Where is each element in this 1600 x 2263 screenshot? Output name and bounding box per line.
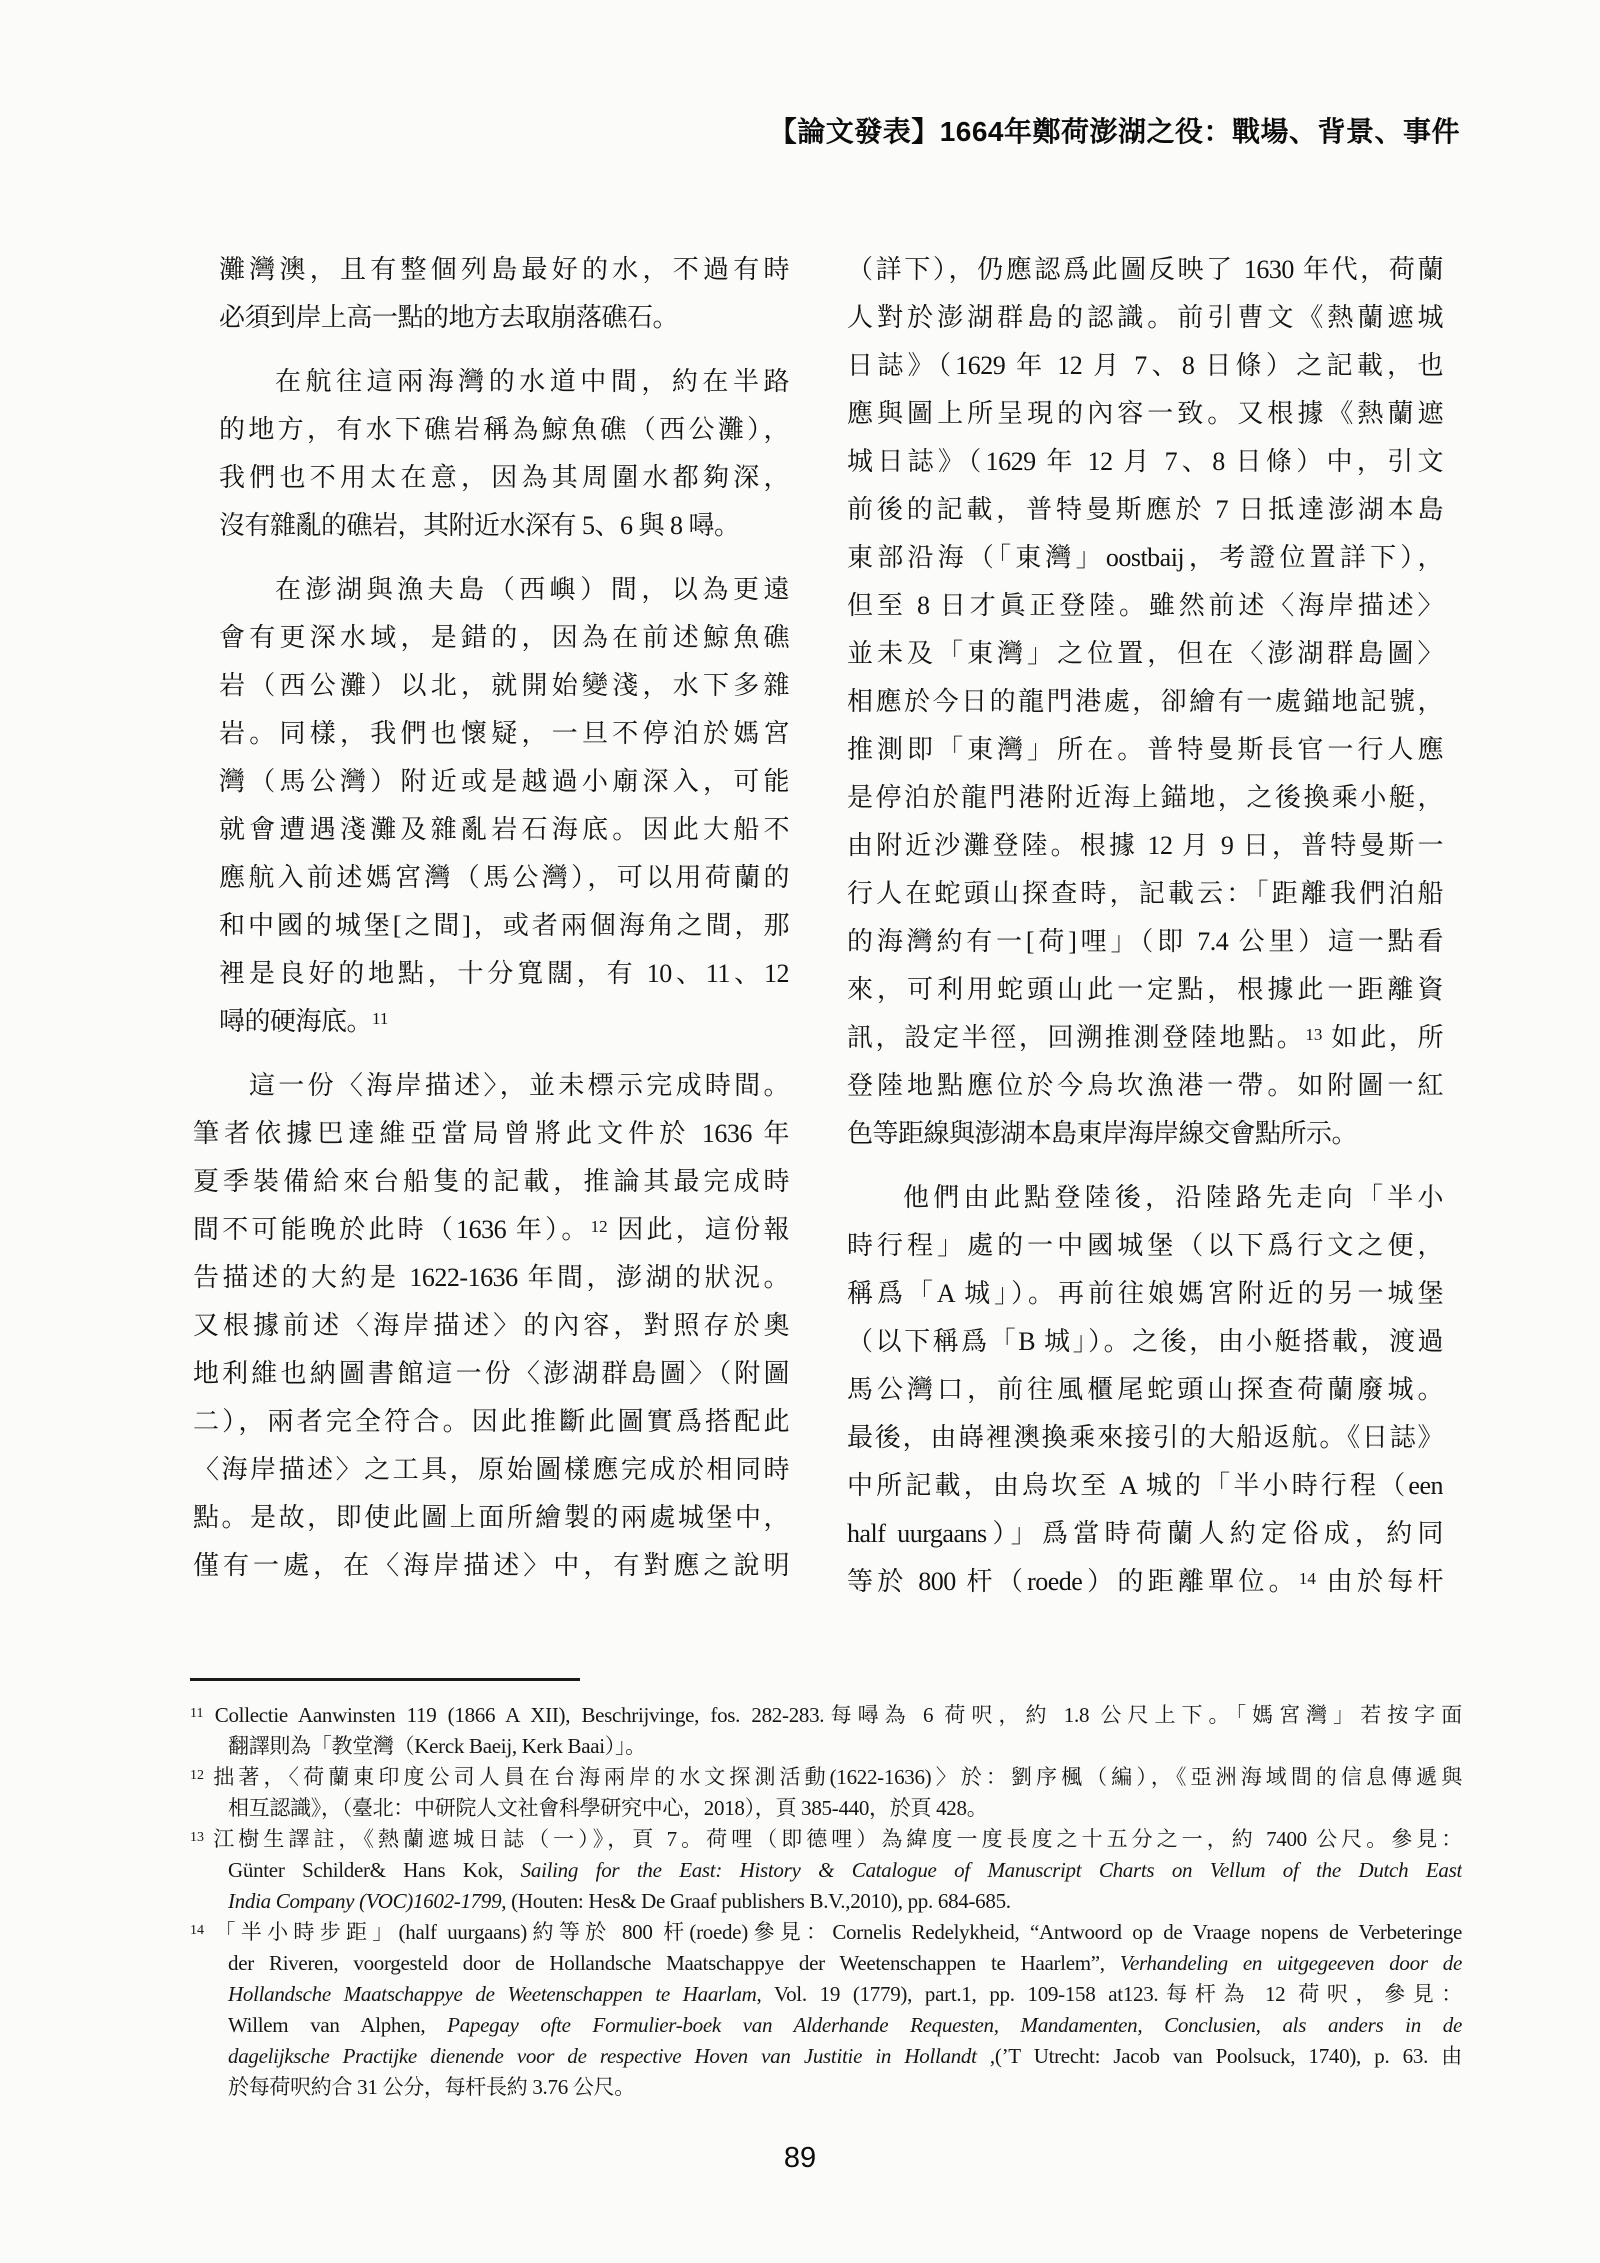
text-line: 噚的硬海底。11 <box>219 998 789 1046</box>
text-line: 必須到岸上高一點的地方去取崩落礁石。 <box>219 294 789 342</box>
text-line: 由附近沙灘登陸。根據 12 月 9 日，普特曼斯一 <box>847 822 1443 870</box>
footnote-ref: 12 <box>591 1217 608 1236</box>
footnote-number: 14 <box>190 1923 204 1938</box>
text-line: 日誌》（1629 年 12 月 7、8 日條）之記載，也 <box>847 342 1443 390</box>
footnote-line: Hollandsche Maatschappye de Weetenschapp… <box>190 1979 1462 2010</box>
footnote-number: 12 <box>190 1768 204 1783</box>
text-line: 沒有雜亂的礁岩，其附近水深有 5、6 與 8 噚。 <box>219 502 789 550</box>
footnote-line: India Company (VOC)1602-1799, (Houten: H… <box>190 1886 1462 1917</box>
text-line: 又根據前述〈海岸描述〉的內容，對照存於奧 <box>193 1302 789 1350</box>
text-line: 這一份〈海岸描述〉，並未標示完成時間。 <box>193 1062 789 1110</box>
text-line: 會有更深水域，是錯的，因為在前述鯨魚礁 <box>219 614 789 662</box>
text-line: 二），兩者完全符合。因此推斷此圖實爲搭配此 <box>193 1398 789 1446</box>
footnote-ref: 11 <box>372 1009 388 1028</box>
text-line: 在航往這兩海灣的水道中間，約在半路 <box>219 358 789 406</box>
footnote-ref: 13 <box>1305 1025 1322 1044</box>
text-line: 的地方，有水下礁岩稱為鯨魚礁（西公灘）， <box>219 406 789 454</box>
text-line: 灘灣澳，且有整個列島最好的水，不過有時 <box>219 246 789 294</box>
text-line: 他們由此點登陸後，沿陸路先走向「半小 <box>847 1174 1443 1222</box>
footnote-line: 11 Collectie Aanwinsten 119 (1866 A XII)… <box>190 1700 1462 1731</box>
text-line: 就會遭遇淺灘及雜亂岩石海底。因此大船不 <box>219 806 789 854</box>
footnote-line: dagelijksche Practijke dienende voor de … <box>190 2041 1462 2072</box>
text-line: 東部沿海（「東灣」oostbaij，考證位置詳下）， <box>847 534 1443 582</box>
text-line: 等於 800 杆（roede）的距離單位。14 由於每杆 <box>847 1558 1443 1606</box>
footnote-line: Günter Schilder& Hans Kok, Sailing for t… <box>190 1855 1462 1886</box>
text-line: 色等距線與澎湖本島東岸海岸線交會點所示。 <box>847 1110 1443 1158</box>
footnote-line: Willem van Alphen, Papegay ofte Formulie… <box>190 2010 1462 2041</box>
footnote-line: der Riveren, voorgesteld door de Holland… <box>190 1948 1462 1979</box>
footnote-line: 12 拙著，〈荷蘭東印度公司人員在台海兩岸的水文探測活動(1622-1636)〉… <box>190 1762 1462 1793</box>
text-line: 應航入前述媽宮灣（馬公灣），可以用荷蘭的 <box>219 854 789 902</box>
text-line: （以下稱爲「B 城」）。之後，由小艇搭載，渡過 <box>847 1318 1443 1366</box>
text-line: 應與圖上所呈現的內容一致。又根據《熱蘭遮 <box>847 390 1443 438</box>
text-line: 間不可能晚於此時（1636 年）。12 因此，這份報 <box>193 1206 789 1254</box>
footnote-line: 14 「半小時步距」(half uurgaans)約等於 800 杆(roede… <box>190 1917 1462 1948</box>
text-line: 裡是良好的地點，十分寬闊，有 10、11、12 <box>219 950 789 998</box>
text-line: 最後，由嵵裡澳換乘來接引的大船返航。《日誌》 <box>847 1414 1443 1462</box>
footnote-number: 13 <box>190 1830 204 1845</box>
text-line: 地利維也納圖書館這一份〈澎湖群島圖〉（附圖 <box>193 1350 789 1398</box>
left-column: 灘灣澳，且有整個列島最好的水，不過有時必須到岸上高一點的地方去取崩落礁石。在航往… <box>193 246 789 1606</box>
text-line: 行人在蛇頭山探查時，記載云：「距離我們泊船 <box>847 870 1443 918</box>
text-line: 告描述的大約是 1622-1636 年間，澎湖的狀況。 <box>193 1254 789 1302</box>
text-line: 的海灣約有一[荷]哩」（即 7.4 公里）這一點看 <box>847 918 1443 966</box>
text-line: 是停泊於龍門港附近海上錨地，之後換乘小艇， <box>847 774 1443 822</box>
footnotes: 11 Collectie Aanwinsten 119 (1866 A XII)… <box>190 1700 1462 2103</box>
page-number: 89 <box>0 2142 1600 2175</box>
text-line: 稱爲「A 城」）。再前往娘媽宮附近的另一城堡 <box>847 1270 1443 1318</box>
footnote-ref: 14 <box>1299 1569 1316 1588</box>
text-line: 登陸地點應位於今烏坎漁港一帶。如附圖一紅 <box>847 1062 1443 1110</box>
text-line: 〈海岸描述〉之工具，原始圖樣應完成於相同時 <box>193 1446 789 1494</box>
running-header: 【論文發表】1664年鄭荷澎湖之役：戰場、背景、事件 <box>190 112 1460 152</box>
text-line: 城日誌》（1629 年 12 月 7、8 日條）中，引文 <box>847 438 1443 486</box>
text-line: 我們也不用太在意，因為其周圍水都夠深， <box>219 454 789 502</box>
text-line: 但至 8 日才眞正登陸。雖然前述〈海岸描述〉 <box>847 582 1443 630</box>
text-line: 筆者依據巴達維亞當局曾將此文件於 1636 年 <box>193 1110 789 1158</box>
footnote-line: 13 江樹生譯註，《熱蘭遮城日誌（一）》，頁 7。荷哩（即德哩）為緯度一度長度之… <box>190 1824 1462 1855</box>
text-line: 中所記載，由烏坎至 A 城的「半小時行程（een <box>847 1462 1443 1510</box>
text-line: 和中國的城堡[之間]，或者兩個海角之間，那 <box>219 902 789 950</box>
text-line: 點。是故，即使此圖上面所繪製的兩處城堡中， <box>193 1494 789 1542</box>
text-line: 推測即「東灣」所在。普特曼斯長官一行人應 <box>847 726 1443 774</box>
text-line: 時行程」處的一中國城堡（以下爲行文之便， <box>847 1222 1443 1270</box>
text-line: half uurgaans）」爲當時荷蘭人約定俗成，約同 <box>847 1510 1443 1558</box>
text-line: 人對於澎湖群島的認識。前引曹文《熱蘭遮城 <box>847 294 1443 342</box>
footnote-separator <box>190 1678 580 1681</box>
text-line: 僅有一處，在〈海岸描述〉中，有對應之說明 <box>193 1542 789 1590</box>
body-columns: 灘灣澳，且有整個列島最好的水，不過有時必須到岸上高一點的地方去取崩落礁石。在航往… <box>193 246 1443 1606</box>
text-line: 來，可利用蛇頭山此一定點，根據此一距離資 <box>847 966 1443 1014</box>
text-line: 馬公灣口，前往風櫃尾蛇頭山探查荷蘭廢城。 <box>847 1366 1443 1414</box>
text-line: 岩（西公灘）以北，就開始變淺，水下多雜 <box>219 662 789 710</box>
text-line: 前後的記載，普特曼斯應於 7 日抵達澎湖本島 <box>847 486 1443 534</box>
footnote-line: 翻譯則為「教堂灣（Kerck Baeij, Kerk Baai）」。 <box>190 1731 1462 1762</box>
text-line: 訊，設定半徑，回溯推測登陸地點。13 如此，所 <box>847 1014 1443 1062</box>
text-line: 在澎湖與漁夫島（西嶼）間，以為更遠 <box>219 566 789 614</box>
footnote-line: 相互認識》，（臺北：中研院人文社會科學研究中心，2018），頁 385-440，… <box>190 1793 1462 1824</box>
text-line: （詳下），仍應認爲此圖反映了 1630 年代，荷蘭 <box>847 246 1443 294</box>
text-line: 夏季裝備給來台船隻的記載，推論其最完成時 <box>193 1158 789 1206</box>
right-column: （詳下），仍應認爲此圖反映了 1630 年代，荷蘭人對於澎湖群島的認識。前引曹文… <box>847 246 1443 1606</box>
footnote-number: 11 <box>190 1706 203 1721</box>
text-line: 岩。同樣，我們也懷疑，一旦不停泊於媽宮 <box>219 710 789 758</box>
text-line: 相應於今日的龍門港處，卻繪有一處錨地記號， <box>847 678 1443 726</box>
text-line: 並未及「東灣」之位置，但在〈澎湖群島圖〉 <box>847 630 1443 678</box>
text-line: 灣（馬公灣）附近或是越過小廟深入，可能 <box>219 758 789 806</box>
footnote-line: 於每荷呎約合 31 公分，每杆長約 3.76 公尺。 <box>190 2072 1462 2103</box>
